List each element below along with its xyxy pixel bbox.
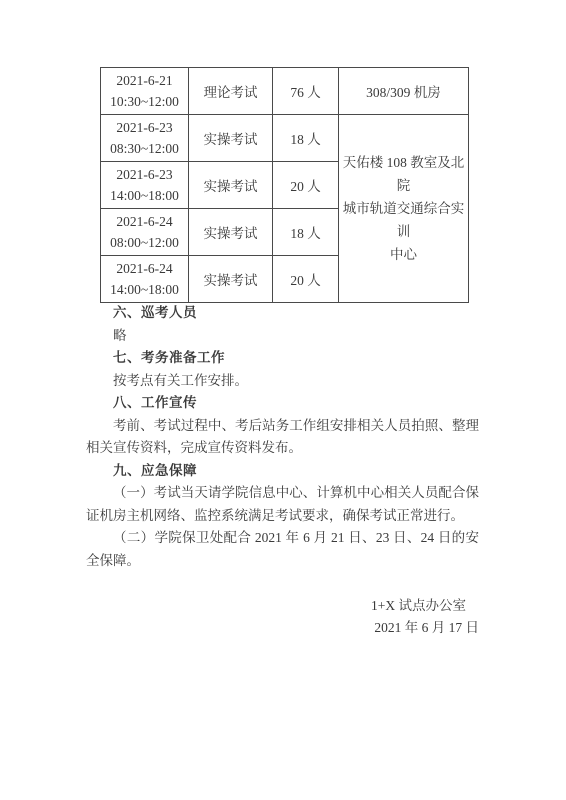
candidate-count-cell: 20 人	[273, 256, 339, 303]
exam-time: 14:00~18:00	[103, 185, 186, 206]
section-heading-6: 六、巡考人员	[86, 302, 479, 325]
paragraph: 按考点有关工作安排。	[86, 370, 479, 393]
paragraph: 考前、考试过程中、考后站务工作组安排相关人员拍照、整理相关宣传资料，完成宣传资料…	[86, 415, 479, 460]
section-heading-8: 八、工作宣传	[86, 392, 479, 415]
exam-time: 08:00~12:00	[103, 232, 186, 253]
date-time-cell: 2021-6-23 14:00~18:00	[101, 162, 189, 209]
signature-block: 1+X 试点办公室 2021 年 6 月 17 日	[86, 595, 479, 640]
location-line: 城市轨道交通综合实训	[341, 197, 466, 243]
date-time-cell: 2021-6-24 08:00~12:00	[101, 209, 189, 256]
exam-time: 08:30~12:00	[103, 138, 186, 159]
date-time-cell: 2021-6-24 14:00~18:00	[101, 256, 189, 303]
date-time-cell: 2021-6-23 08:30~12:00	[101, 115, 189, 162]
candidate-count-cell: 18 人	[273, 115, 339, 162]
paragraph: （一）考试当天请学院信息中心、计算机中心相关人员配合保证机房主机网络、监控系统满…	[86, 482, 479, 527]
exam-schedule-table: 2021-6-21 10:30~12:00 理论考试 76 人 308/309 …	[100, 67, 469, 303]
exam-type-cell: 实操考试	[189, 209, 273, 256]
exam-date: 2021-6-21	[103, 70, 186, 91]
section-heading-9: 九、应急保障	[86, 460, 479, 483]
document-body: 六、巡考人员 略 七、考务准备工作 按考点有关工作安排。 八、工作宣传 考前、考…	[86, 302, 479, 640]
paragraph: （二）学院保卫处配合 2021 年 6 月 21 日、23 日、24 日的安全保…	[86, 527, 479, 572]
table-row: 2021-6-21 10:30~12:00 理论考试 76 人 308/309 …	[101, 68, 469, 115]
table-row: 2021-6-23 08:30~12:00 实操考试 18 人 天佑楼 108 …	[101, 115, 469, 162]
location-cell-merged: 天佑楼 108 教室及北院 城市轨道交通综合实训 中心	[339, 115, 469, 303]
exam-type-cell: 理论考试	[189, 68, 273, 115]
exam-type-cell: 实操考试	[189, 115, 273, 162]
location-line: 中心	[341, 243, 466, 266]
exam-time: 14:00~18:00	[103, 279, 186, 300]
candidate-count-cell: 76 人	[273, 68, 339, 115]
location-line: 天佑楼 108 教室及北院	[341, 151, 466, 197]
signature-date: 2021 年 6 月 17 日	[86, 617, 479, 640]
exam-date: 2021-6-24	[103, 258, 186, 279]
exam-time: 10:30~12:00	[103, 91, 186, 112]
document-page: 2021-6-21 10:30~12:00 理论考试 76 人 308/309 …	[0, 0, 566, 800]
location-cell: 308/309 机房	[339, 68, 469, 115]
exam-date: 2021-6-23	[103, 164, 186, 185]
exam-date: 2021-6-23	[103, 117, 186, 138]
section-heading-7: 七、考务准备工作	[86, 347, 479, 370]
exam-date: 2021-6-24	[103, 211, 186, 232]
exam-type-cell: 实操考试	[189, 162, 273, 209]
date-time-cell: 2021-6-21 10:30~12:00	[101, 68, 189, 115]
signature-org: 1+X 试点办公室	[86, 595, 479, 618]
exam-type-cell: 实操考试	[189, 256, 273, 303]
candidate-count-cell: 18 人	[273, 209, 339, 256]
candidate-count-cell: 20 人	[273, 162, 339, 209]
paragraph: 略	[86, 325, 479, 348]
